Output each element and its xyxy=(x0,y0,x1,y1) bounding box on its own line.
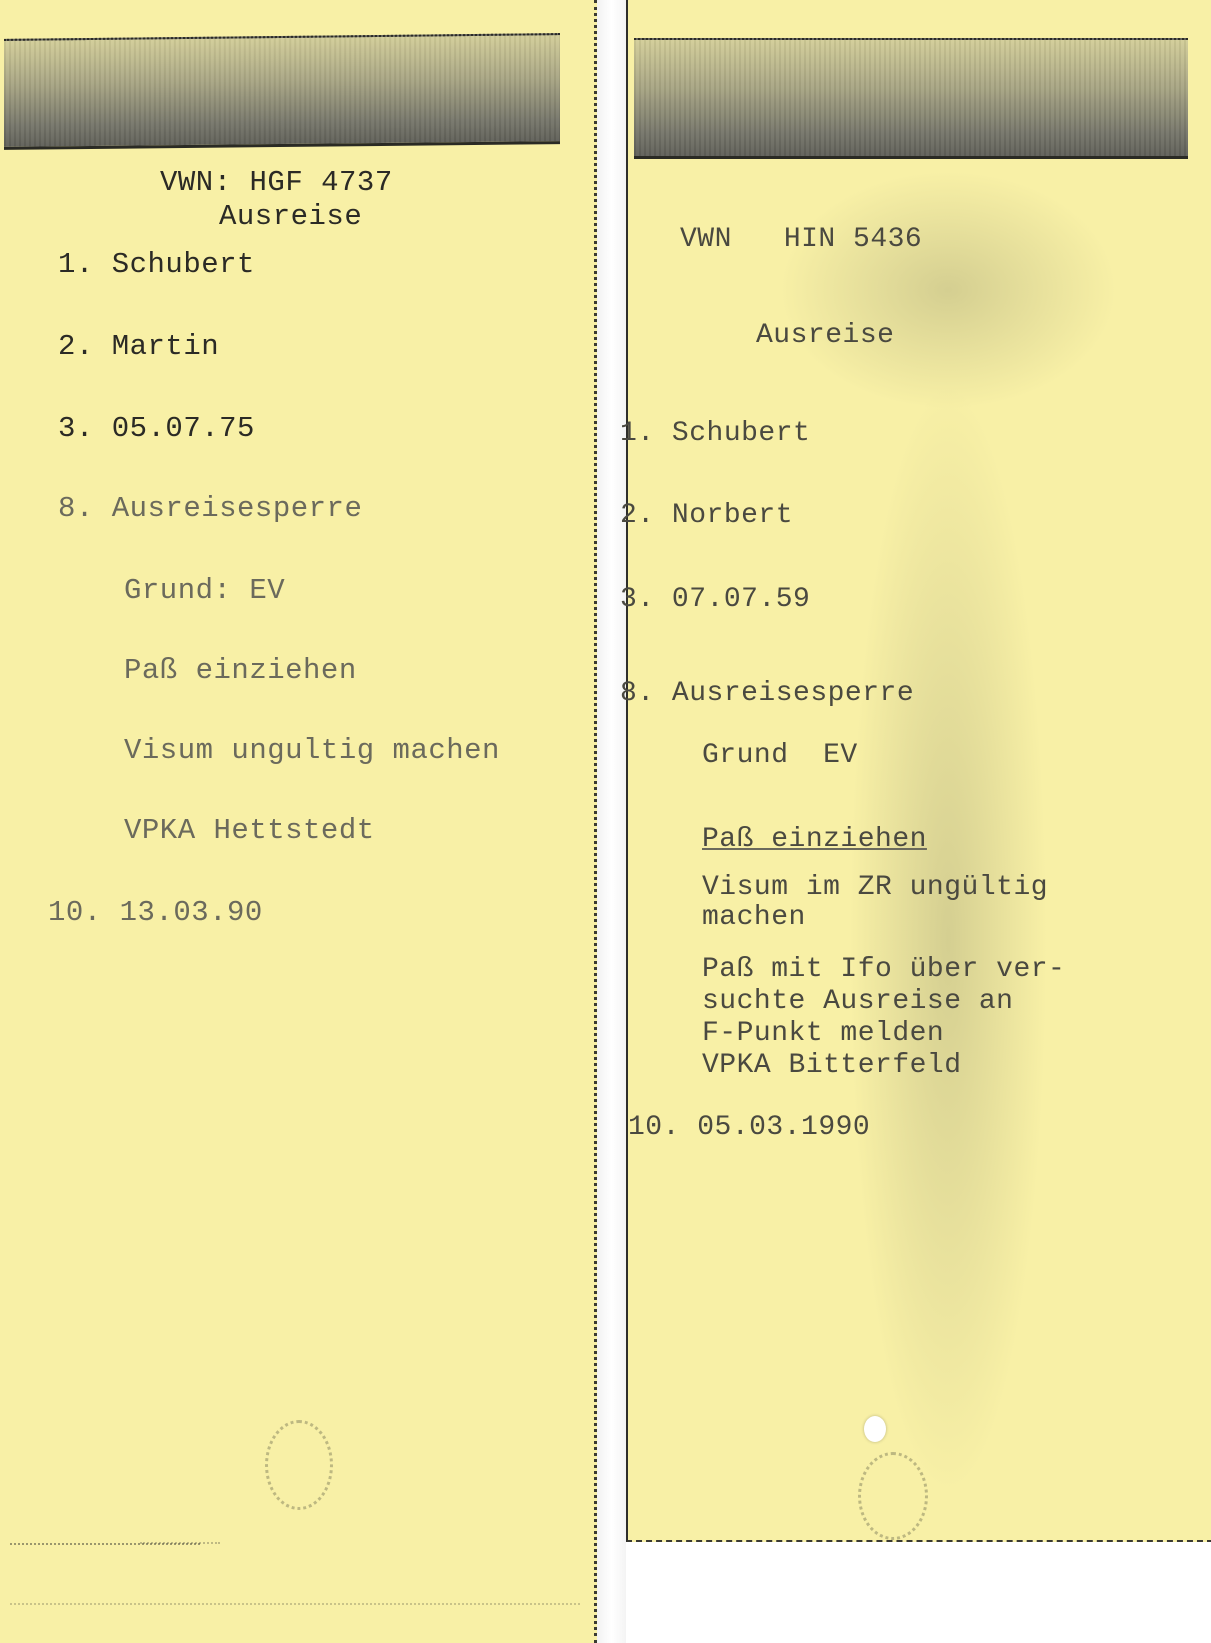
field-action-passport: Paß einziehen xyxy=(124,656,357,685)
scan-gap xyxy=(597,0,626,1643)
field-measure: 8. Ausreisesperre xyxy=(620,680,914,708)
field-surname: 1. Schubert xyxy=(620,420,810,448)
field-action-report: Paß mit Ifo über ver- xyxy=(702,956,1065,984)
punch-hole xyxy=(864,1416,886,1442)
toner-streak xyxy=(848,380,1048,1500)
field-date: 10. 13.03.90 xyxy=(48,898,263,927)
field-action-visa-cont: machen xyxy=(702,904,806,932)
record-card-left: VWN: HGF 4737 Ausreise 1. Schubert 2. Ma… xyxy=(0,0,597,1643)
card-type: Ausreise xyxy=(219,202,362,231)
card-header-bar xyxy=(4,33,560,150)
field-birth-date: 3. 07.07.59 xyxy=(620,586,810,614)
card-header-bar xyxy=(634,38,1188,159)
field-first-name: 2. Martin xyxy=(58,332,219,361)
field-action-report-cont: suchte Ausreise an xyxy=(702,988,1013,1016)
card-id: VWN HIN 5436 xyxy=(680,226,922,254)
field-birth-date: 3. 05.07.75 xyxy=(58,414,255,443)
field-action-visa: Visum ungultig machen xyxy=(124,736,500,765)
field-first-name: 2. Norbert xyxy=(620,502,793,530)
field-reason: Grund: EV xyxy=(124,576,285,605)
fold-line-faint xyxy=(140,1542,220,1544)
field-surname: 1. Schubert xyxy=(58,250,255,279)
field-measure: 8. Ausreisesperre xyxy=(58,494,362,523)
field-authority: VPKA Hettstedt xyxy=(124,816,375,845)
fold-line-lower xyxy=(10,1603,580,1605)
card-type: Ausreise xyxy=(756,322,894,350)
field-action-report-cont-2: F-Punkt melden xyxy=(702,1020,944,1048)
field-date: 10. 05.03.1990 xyxy=(628,1114,870,1142)
field-action-passport: Paß einziehen xyxy=(702,826,927,854)
field-action-visa: Visum im ZR ungültig xyxy=(702,874,1048,902)
stamp-mark xyxy=(858,1452,928,1540)
field-authority: VPKA Bitterfeld xyxy=(702,1052,962,1080)
stamp-mark xyxy=(265,1420,333,1510)
toner-smudge xyxy=(778,170,1118,410)
field-reason: Grund EV xyxy=(702,742,858,770)
record-card-right: VWN HIN 5436 Ausreise 1. Schubert 2. Nor… xyxy=(626,0,1211,1542)
card-id: VWN: HGF 4737 xyxy=(160,168,393,197)
